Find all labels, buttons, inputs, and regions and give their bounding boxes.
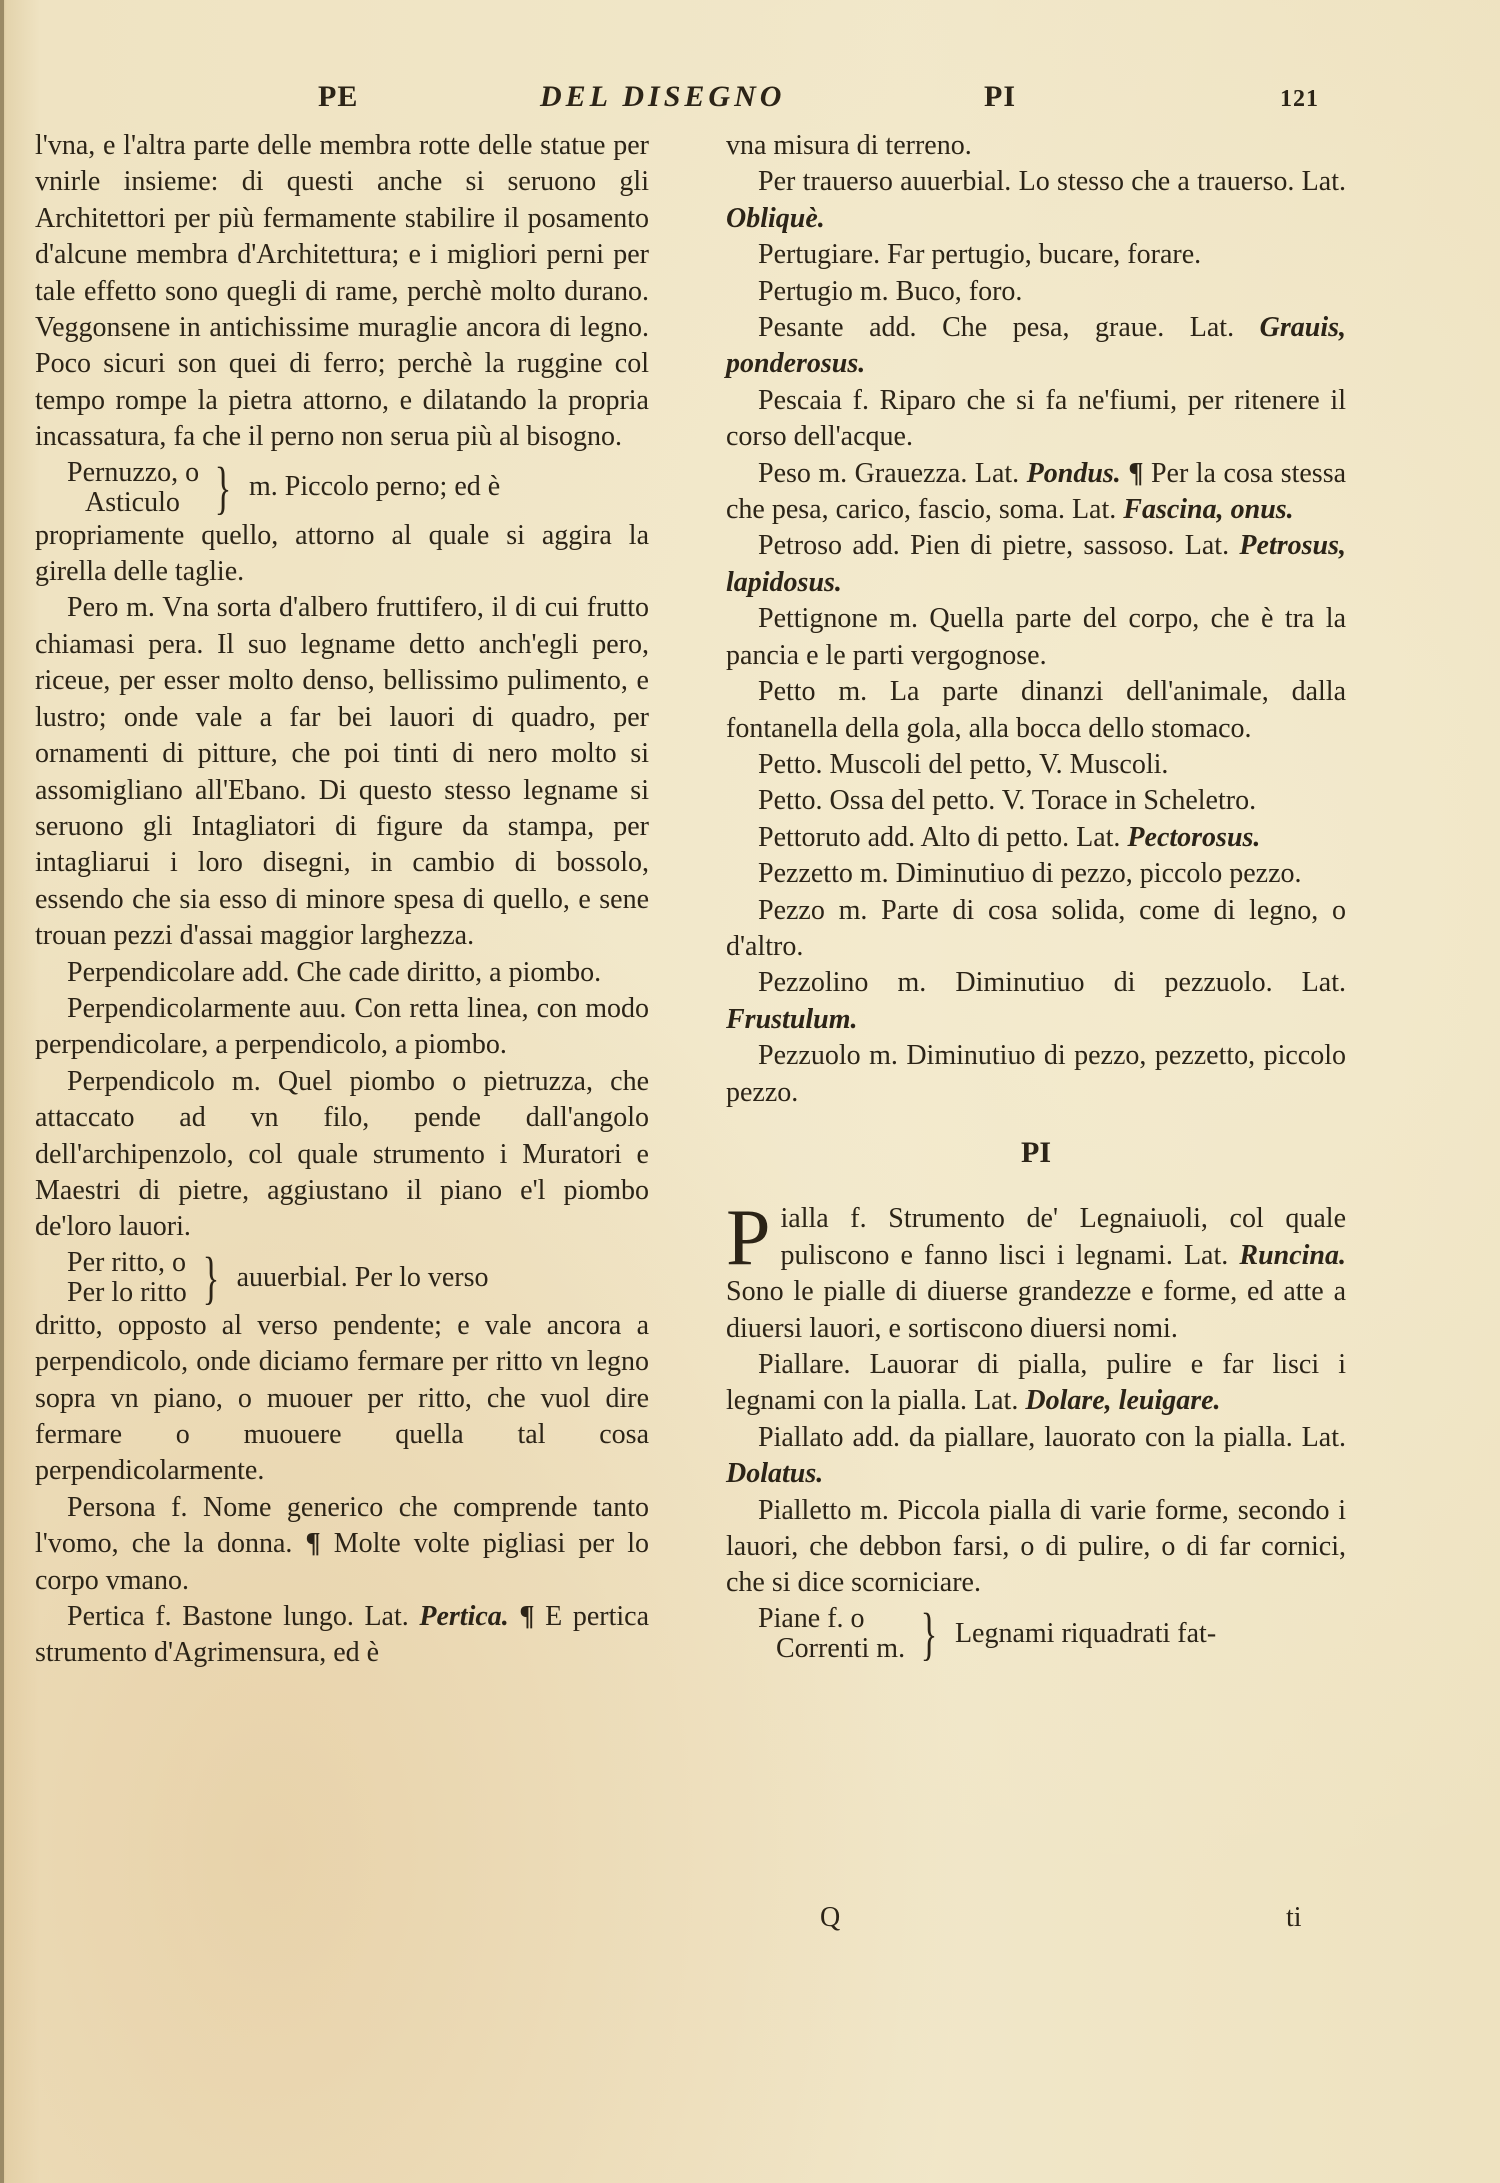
definition-continuation: propriamente quello, attorno al quale si…: [35, 518, 649, 591]
latin-equivalent: Obliquè.: [726, 203, 825, 234]
running-title: DEL DISEGNO: [540, 80, 785, 114]
running-header: PE DEL DISEGNO PI 121: [0, 80, 1500, 120]
definition: Pesante add. Che pesa, graue. Lat.: [758, 312, 1234, 343]
entry-pezzuolo: Pezzuolo m. Diminutiuo di pezzo, pezzett…: [726, 1038, 1346, 1111]
headword-group: Per ritto, o Per lo ritto: [35, 1248, 187, 1308]
entry-piane: Piane f. o Correnti m. } Legnami riquadr…: [726, 1604, 1346, 1664]
entry-petto: Petto m. La parte dinanzi dell'animale, …: [726, 674, 1346, 747]
brace-icon: }: [202, 1249, 219, 1307]
left-guide-word: PE: [318, 80, 358, 114]
definition-continuation: dritto, opposto al verso pendente; e val…: [35, 1308, 649, 1490]
brace-icon: }: [921, 1605, 938, 1663]
entry-pezzo: Pezzo m. Parte di cosa solida, come di l…: [726, 893, 1346, 966]
entry-piallare: Piallare. Lauorar di pialla, pulire e fa…: [726, 1347, 1346, 1420]
headword-group: Pernuzzo, o Asticulo: [35, 458, 199, 518]
page-number: 121: [1280, 86, 1319, 113]
entry-continuation: l'vna, e l'altra parte delle membra rott…: [35, 128, 649, 456]
catchword: ti: [1286, 1902, 1302, 1934]
entry-pertugiare: Pertugiare. Far pertugio, bucare, forare…: [726, 237, 1346, 273]
pilcrow-icon: ¶: [1128, 458, 1143, 489]
definition: Pettoruto add. Alto di petto. Lat.: [758, 822, 1120, 853]
entry-per-ritto: Per ritto, o Per lo ritto } auuerbial. P…: [35, 1248, 649, 1308]
entry-pettignone: Pettignone m. Quella parte del corpo, ch…: [726, 601, 1346, 674]
entry-pertugio: Pertugio m. Buco, foro.: [726, 274, 1346, 310]
entry-pettoruto: Pettoruto add. Alto di petto. Lat. Pecto…: [726, 820, 1346, 856]
headword: Asticulo: [67, 488, 199, 518]
drop-cap: P: [726, 1205, 771, 1271]
brace-icon: }: [215, 459, 232, 517]
definition: m. Piccolo perno; ed è: [249, 469, 649, 505]
entry-petroso: Petroso add. Pien di pietre, sassoso. La…: [726, 528, 1346, 601]
entry-pescaia: Pescaia f. Riparo che si fa ne'fiumi, pe…: [726, 383, 1346, 456]
headword: Per ritto, o: [67, 1248, 187, 1278]
definition: Legnami riquadrati fat-: [955, 1616, 1346, 1652]
book-page: PE DEL DISEGNO PI 121 l'vna, e l'altra p…: [0, 0, 1500, 2183]
definition: auuerbial. Per lo verso: [237, 1260, 649, 1296]
entry-perpendicolare: Perpendicolare add. Che cade diritto, a …: [35, 955, 649, 991]
entry-petto-muscoli: Petto. Muscoli del petto, V. Muscoli.: [726, 747, 1346, 783]
entry-piallato: Piallato add. da piallare, lauorato con …: [726, 1420, 1346, 1493]
entry-petto-ossa: Petto. Ossa del petto. V. Torace in Sche…: [726, 783, 1346, 819]
headword: Piane f. o: [758, 1604, 905, 1634]
pilcrow-icon: ¶: [306, 1528, 321, 1559]
headword-group: Piane f. o Correnti m.: [726, 1604, 905, 1664]
entry-pesante: Pesante add. Che pesa, graue. Lat. Graui…: [726, 310, 1346, 383]
entry-pero: Pero m. Vna sorta d'albero fruttifero, i…: [35, 590, 649, 954]
definition: Per trauerso auuerbial. Lo stesso che a …: [758, 166, 1346, 197]
latin-equivalent: Dolatus.: [726, 1458, 823, 1489]
latin-equivalent: Pondus.: [1027, 458, 1121, 489]
entry-pernuzzo: Pernuzzo, o Asticulo } m. Piccolo perno;…: [35, 458, 649, 518]
latin-equivalent: Runcina.: [1239, 1240, 1346, 1271]
entry-pezzolino: Pezzolino m. Diminutiuo di pezzuolo. Lat…: [726, 965, 1346, 1038]
entry-pialla: P ialla f. Strumento de' Legnaiuoli, col…: [726, 1201, 1346, 1347]
entry-pertica: Pertica f. Bastone lungo. Lat. Pertica. …: [35, 1599, 649, 1672]
entry-continuation: vna misura di terreno.: [726, 128, 1346, 164]
section-heading: PI: [726, 1135, 1346, 1171]
entry-pezzetto: Pezzetto m. Diminutiuo di pezzo, piccolo…: [726, 856, 1346, 892]
entry-persona: Persona f. Nome generico che comprende t…: [35, 1490, 649, 1599]
left-column: l'vna, e l'altra parte delle membra rott…: [35, 128, 649, 1672]
latin-equivalent: Pectorosus.: [1127, 822, 1260, 853]
signature-mark: Q: [820, 1902, 840, 1934]
headword: Correnti m.: [758, 1634, 905, 1664]
entry-perpendicolo: Perpendicolo m. Quel piombo o pietruzza,…: [35, 1064, 649, 1246]
pilcrow-icon: ¶: [519, 1601, 534, 1632]
definition: Pertica f. Bastone lungo. Lat.: [67, 1601, 409, 1632]
headword: Pernuzzo, o: [67, 458, 199, 488]
right-guide-word: PI: [984, 80, 1016, 114]
definition: Petroso add. Pien di pietre, sassoso. La…: [758, 530, 1229, 561]
definition: Peso m. Grauezza. Lat.: [758, 458, 1019, 489]
right-column: vna misura di terreno. Per trauerso auue…: [726, 128, 1346, 1664]
latin-equivalent: Fascina, onus.: [1123, 494, 1293, 525]
latin-equivalent: Dolare, leuigare.: [1025, 1385, 1220, 1416]
definition: Pezzolino m. Diminutiuo di pezzuolo. Lat…: [758, 967, 1346, 998]
definition: Piallato add. da piallare, lauorato con …: [758, 1422, 1346, 1453]
entry-pialletto: Pialletto m. Piccola pialla di varie for…: [726, 1493, 1346, 1602]
latin-equivalent: Frustulum.: [726, 1004, 858, 1035]
definition: Sono le pialle di diuerse grandezze e fo…: [726, 1276, 1346, 1343]
latin-equivalent: Pertica.: [419, 1601, 508, 1632]
headword: Per lo ritto: [67, 1278, 187, 1308]
entry-peso: Peso m. Grauezza. Lat. Pondus. ¶ Per la …: [726, 456, 1346, 529]
entry-per-trauerso: Per trauerso auuerbial. Lo stesso che a …: [726, 164, 1346, 237]
entry-perpendicolarmente: Perpendicolarmente auu. Con retta linea,…: [35, 991, 649, 1064]
